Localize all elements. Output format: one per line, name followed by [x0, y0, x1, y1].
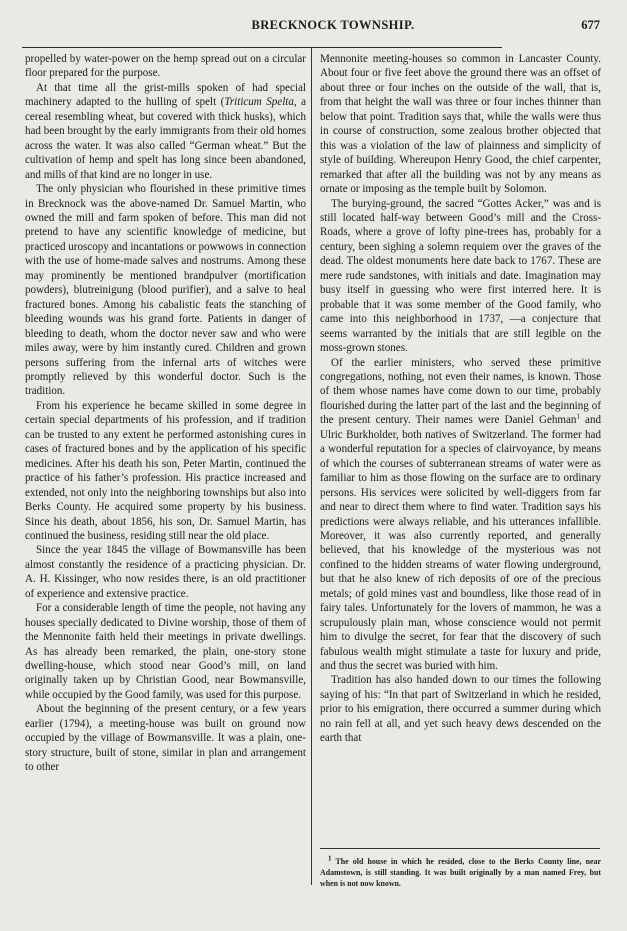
- paragraph: propelled by water-power on the hemp spr…: [25, 52, 306, 81]
- paragraph: The burying-ground, the sacred “Gottes A…: [320, 197, 601, 356]
- paragraph: The only physician who flourished in the…: [25, 182, 306, 399]
- footnote-text: The old house in which he resided, close…: [320, 857, 601, 888]
- paragraph: Tradition has also handed down to our ti…: [320, 673, 601, 745]
- paragraph-text: , a cereal resembling wheat, but covered…: [25, 96, 306, 180]
- paragraph: Of the earlier ministers, who served the…: [320, 356, 601, 674]
- footnote: 1 The old house in which he resided, clo…: [320, 856, 601, 890]
- paragraph-text: and Ulric Burkholder, both natives of Sw…: [320, 414, 601, 672]
- footnote-rule: [320, 848, 600, 849]
- column-divider: [311, 47, 312, 885]
- paragraph-text: Of the earlier ministers, who served the…: [320, 357, 601, 427]
- running-title: BRECKNOCK TOWNSHIP.: [22, 18, 614, 33]
- paragraph: From his experience he became skilled in…: [25, 399, 306, 544]
- paragraph: For a considerable length of time the pe…: [25, 601, 306, 702]
- right-column: Mennonite meeting-houses so common in La…: [320, 52, 601, 746]
- paragraph: At that time all the grist-mills spoken …: [25, 81, 306, 182]
- page-number: 677: [581, 18, 600, 33]
- book-page: BRECKNOCK TOWNSHIP. 677 propelled by wat…: [0, 0, 627, 931]
- paragraph: Since the year 1845 the village of Bowma…: [25, 543, 306, 601]
- page-header: BRECKNOCK TOWNSHIP. 677: [22, 18, 614, 38]
- italic-term: Triticum Spelta: [224, 96, 294, 108]
- left-column: propelled by water-power on the hemp spr…: [25, 52, 306, 775]
- header-rule: [22, 47, 502, 48]
- paragraph: Mennonite meeting-houses so common in La…: [320, 52, 601, 197]
- paragraph: About the beginning of the present centu…: [25, 702, 306, 774]
